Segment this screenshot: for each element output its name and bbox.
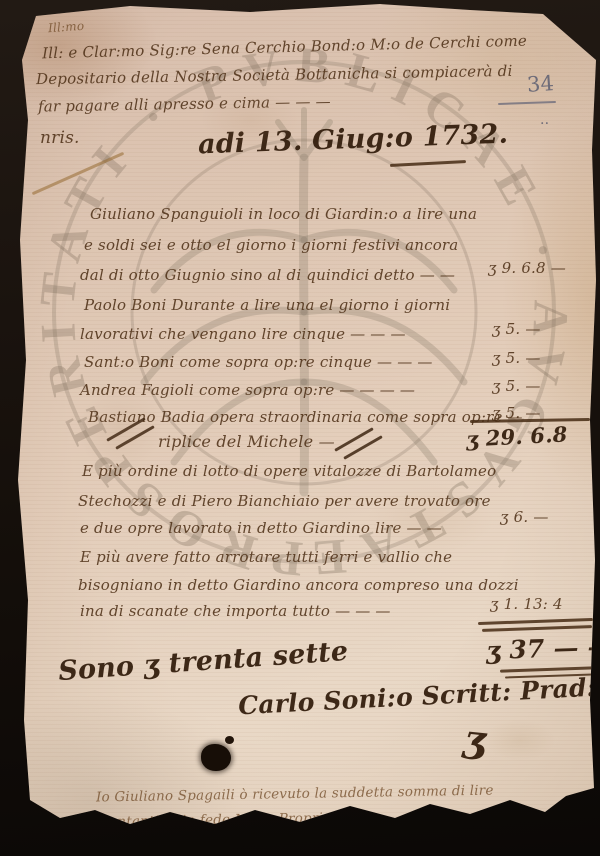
addendum-line: Stechozzi e di Piero Bianchiaio per aver…	[78, 492, 491, 510]
entry-line: e soldi sei e otto el giorno i giorni fe…	[84, 236, 458, 254]
entry-line: Giuliano Spanguioli in loco di Giardin:o…	[90, 205, 477, 223]
entry-line: Bastiano Badia opera straordinaria come …	[88, 408, 523, 426]
total-rule	[500, 666, 595, 672]
manuscript-page: PROSPERITATI · PVBLICAE · AVGVSTAE · Ill…	[0, 0, 600, 856]
addendum-line: e due opre lavorato in detto Giardino li…	[80, 519, 442, 537]
entry-line: Paolo Boni Durante a lire una el giorno …	[84, 296, 450, 314]
entry-line: Sant:o Boni come sopra op:re cinque — — …	[84, 353, 433, 371]
addendum-line: E più avere fatto arrotare tutti ferri e…	[80, 548, 452, 566]
receipt-line: sette contanti et in fede Mano Propria —…	[62, 809, 386, 831]
subtotal-label: riplice del Michele —	[158, 432, 335, 451]
flourish-slashes	[104, 428, 150, 446]
addendum-line: E più ordine di lotto di opere vitalozze…	[82, 462, 496, 480]
entry-line: dal di otto Giugnio sino al di quindici …	[80, 266, 455, 284]
ink-blot	[201, 744, 231, 771]
signature: Carlo Soni:o Scritt: Prad:	[237, 673, 596, 721]
total-amount: ʒ 37 — —	[486, 632, 600, 665]
flourish-slashes	[332, 438, 378, 456]
entry-amount: ʒ 9. 6.8 —	[488, 259, 566, 277]
photo-backdrop: PROSPERITATI · PVBLICAE · AVGVSTAE · Ill…	[0, 0, 600, 856]
entry-amount: ʒ 5. —	[492, 377, 541, 395]
receipt-line: Io Giuliano Spagaili ò ricevuto la sudde…	[96, 783, 494, 806]
total-in-words: Sono ʒ trenta sette	[57, 636, 349, 687]
total-rule	[478, 618, 593, 625]
folio-number: 34	[526, 71, 555, 97]
addendum-amount: ʒ 1. 13: 4	[490, 595, 563, 613]
addendum-line: bisogniano in detto Giardino ancora comp…	[78, 576, 519, 594]
entry-line: Andrea Fagioli come sopra op:re — — — —	[80, 381, 415, 399]
total-rule	[482, 625, 592, 632]
margin-note: nris.	[40, 128, 80, 148]
subtotal-amount: ʒ 29. 6.8	[465, 421, 568, 451]
salutation-superscript: Ill:mo	[48, 19, 85, 35]
signature-flourish: ʒ	[462, 715, 488, 762]
folio-dots: ..	[540, 112, 549, 128]
addendum-line: ina di scanate che importa tutto — — —	[80, 602, 391, 620]
entry-amount: ʒ 5. —	[492, 320, 541, 338]
entry-line: lavorativi che vengano lire cinque — — —	[80, 325, 406, 343]
entry-amount: ʒ 5. —	[492, 349, 541, 367]
addendum-amount: ʒ 6. —	[500, 508, 549, 526]
